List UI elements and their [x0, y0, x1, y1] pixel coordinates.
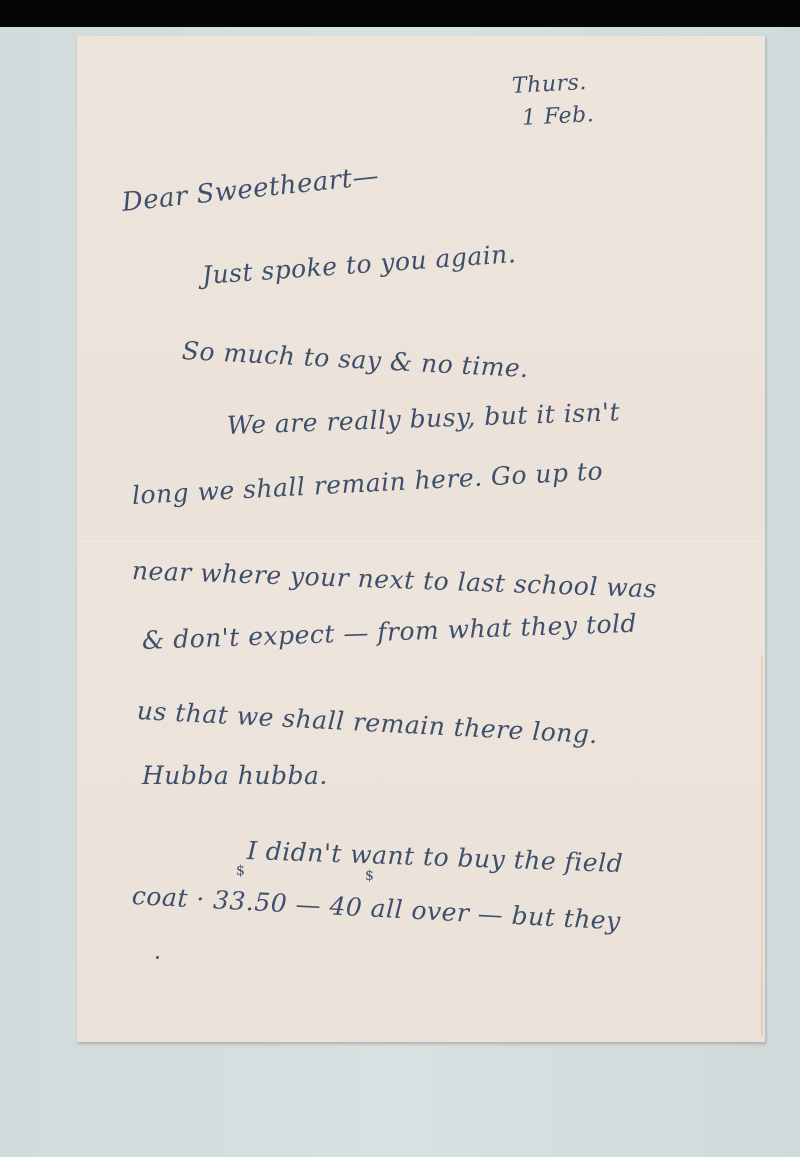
- paper-edge-stain: [761, 656, 763, 1036]
- letter-line-9: I didn't want to buy the field: [246, 836, 623, 878]
- letter-line-4: long we shall remain here. Go up to: [131, 456, 603, 510]
- ink-dot: [156, 956, 159, 959]
- letter-line-5: near where your next to last school was: [131, 556, 657, 603]
- dollar-mark: $: [236, 863, 245, 879]
- letter-line-2: So much to say & no time.: [181, 336, 529, 383]
- dollar-mark: $: [365, 868, 374, 884]
- letter-date-day: Thurs.: [511, 70, 587, 99]
- letter-salutation: Dear Sweetheart—: [120, 161, 380, 218]
- paper-fold-line: [77, 541, 765, 543]
- scanner-top-bar: [0, 0, 800, 27]
- letter-line-10: coat · 33.50 — 40 all over — but they: [131, 881, 621, 936]
- letter-line-6: & don't expect — from what they told: [141, 609, 637, 655]
- letter-line-7: us that we shall remain there long.: [136, 696, 598, 749]
- letter-line-8: Hubba hubba.: [142, 761, 328, 790]
- letter-page: Thurs. 1 Feb. Dear Sweetheart— Just spok…: [77, 36, 765, 1042]
- letter-date: 1 Feb.: [521, 102, 594, 131]
- letter-line-1: Just spoke to you again.: [201, 239, 517, 290]
- letter-line-3: We are really busy, but it isn't: [226, 397, 620, 440]
